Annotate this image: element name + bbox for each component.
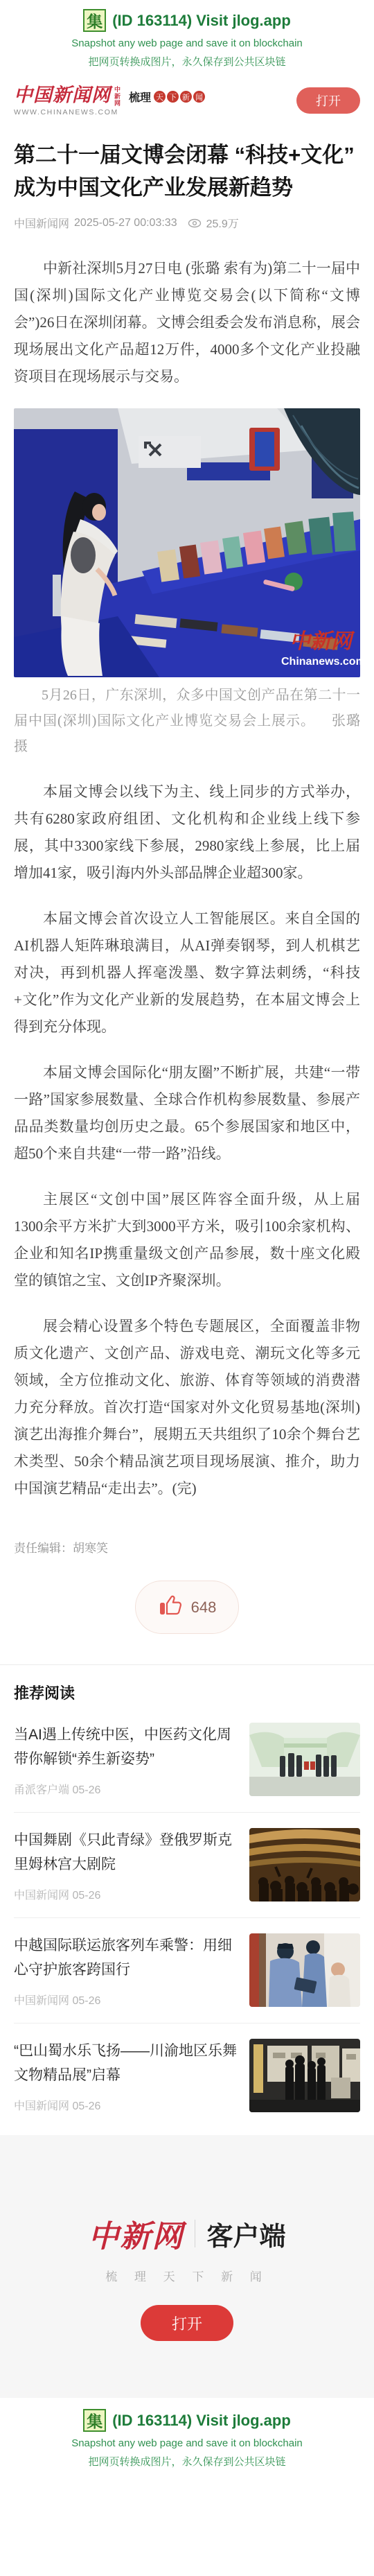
- promo-subtitle-en: Snapshot any web page and save it on blo…: [7, 2436, 367, 2451]
- editor-line: 责任编辑：胡寒笑: [14, 1538, 360, 1556]
- recommend-source: 中国新闻网 05-26: [14, 1877, 240, 1902]
- recommend-source: 甬派客户端 05-26: [14, 1771, 240, 1797]
- recommend-item-1[interactable]: 当AI遇上传统中医，中医药文化周带你解锁“养生新姿势” 甬派客户端 05-26: [14, 1707, 360, 1813]
- app-download-banner: 中新网 客户端 梳 理 天 下 新 闻 打开: [0, 2135, 374, 2398]
- article-source: 中国新闻网: [14, 215, 69, 231]
- promo-link[interactable]: 集 (ID 163114) Visit jlog.app: [83, 9, 291, 32]
- slogan-char-0: 天: [154, 91, 166, 103]
- promo-id-line: (ID 163114) Visit jlog.app: [112, 2412, 291, 2430]
- recommend-thumbnail-ceremony: [249, 1723, 360, 1796]
- app-logo-wordmark: 中新网: [88, 2211, 184, 2256]
- app-client-label: 客户端: [206, 2215, 285, 2253]
- paragraph: 本届文博会国际化“朋友圈”不断扩展，共建“一带一路”国家参展数量、全球合作机构参…: [14, 1059, 360, 1167]
- photo-watermark-en: Chinanews.com: [281, 656, 360, 668]
- recommend-title: 中越国际联运旅客列车乘警：用细心守护旅客跨国行: [14, 1933, 240, 1982]
- like-count: 648: [191, 1599, 217, 1617]
- header-slogan: 梳理 天 下 新 闻: [129, 89, 205, 105]
- promo-subtitle-en: Snapshot any web page and save it on blo…: [7, 36, 367, 51]
- like-button[interactable]: 648: [135, 1581, 240, 1634]
- thumbs-up-icon: [158, 1593, 183, 1621]
- photo-watermark-zh: 中新网: [290, 630, 355, 653]
- logo-side-text: 中新网: [114, 85, 121, 107]
- recommend-item-4[interactable]: “巴山蜀水乐飞扬——川渝地区乐舞文物精品展”启幕 中国新闻网 05-26: [14, 2024, 360, 2128]
- recommend-title: “巴山蜀水乐飞扬——川渝地区乐舞文物精品展”启幕: [14, 2039, 240, 2087]
- recommend-source: 中国新闻网 05-26: [14, 1982, 240, 2008]
- paragraph: 展会精心设置多个特色专题展区，全面覆盖非物质文化遗产、文创产品、游戏电竞、潮玩文…: [14, 1313, 360, 1502]
- logo-url: WWW.CHINANEWS.COM: [14, 108, 121, 116]
- article-meta: 中国新闻网 2025-05-27 00:03:33 25.9万: [0, 204, 374, 231]
- logo-wordmark: 中国新闻网: [14, 85, 111, 105]
- open-app-button-header[interactable]: 打开: [296, 87, 360, 114]
- eye-icon: [188, 218, 202, 228]
- recommend-title: 中国舞剧《只此青绿》登俄罗斯克里姆林宫大剧院: [14, 1828, 240, 1877]
- slogan-char-2: 新: [180, 91, 192, 103]
- paragraph: 主展区“文创中国”展区阵容全面升级，从上届1300余平方米扩大到3000平方米，…: [14, 1186, 360, 1294]
- like-section: 648: [0, 1556, 374, 1664]
- open-app-button-footer[interactable]: 打开: [141, 2305, 233, 2341]
- ji-logo-icon: 集: [83, 9, 106, 32]
- photo-caption: 5月26日，广东深圳，众多中国文创产品在第二十一届中国(深圳)国际文化产业博览交…: [14, 683, 360, 760]
- recommend-section: 推荐阅读 当AI遇上传统中医，中医药文化周带你解锁“养生新姿势” 甬派客户端 0…: [0, 1665, 374, 2128]
- promo-subtitle-zh: 把网页转换成图片，永久保存到公共区块链: [7, 55, 367, 69]
- recommend-thumbnail-police: [249, 1933, 360, 2007]
- slogan-prefix: 梳理: [129, 89, 151, 105]
- promo-id-line: (ID 163114) Visit jlog.app: [112, 12, 291, 30]
- recommend-source: 中国新闻网 05-26: [14, 2087, 240, 2113]
- chinanews-logo[interactable]: 中国新闻网 中新网 WWW.CHINANEWS.COM: [14, 85, 121, 116]
- article-photo: 中新网 Chinanews.com 5月26日，广东深圳，众多中国文创产品在第二…: [14, 408, 360, 760]
- recommend-heading: 推荐阅读: [14, 1665, 360, 1707]
- promo-link[interactable]: 集 (ID 163114) Visit jlog.app: [83, 2409, 291, 2432]
- recommend-thumbnail-museum: [249, 2039, 360, 2112]
- ji-logo-icon: 集: [83, 2409, 106, 2432]
- site-header: 中国新闻网 中新网 WWW.CHINANEWS.COM 梳理 天 下 新 闻 打…: [0, 78, 374, 122]
- article-body: 中新社深圳5月27日电 (张璐 索有为)第二十一届中国(深圳)国际文化产业博览交…: [0, 231, 374, 1556]
- article-title: 第二十一届文博会闭幕 “科技+文化”成为中国文化产业发展新趋势: [0, 122, 374, 204]
- recommend-item-2[interactable]: 中国舞剧《只此青绿》登俄罗斯克里姆林宫大剧院 中国新闻网 05-26: [14, 1813, 360, 1918]
- app-slogan: 梳 理 天 下 新 闻: [0, 2267, 374, 2284]
- slogan-char-1: 下: [167, 91, 179, 103]
- logo-separator: [195, 2220, 195, 2247]
- paragraph: 本届文博会首次设立人工智能展区。来自全国的AI机器人矩阵琳琅满目，从AI弹奏钢琴…: [14, 905, 360, 1041]
- slogan-char-3: 闻: [193, 91, 205, 103]
- recommend-thumbnail-theater: [249, 1828, 360, 1901]
- blockchain-banner-top: 集 (ID 163114) Visit jlog.app Snapshot an…: [0, 0, 374, 78]
- exhibition-photo-illustration: 中新网 Chinanews.com: [14, 408, 360, 677]
- promo-subtitle-zh: 把网页转换成图片，永久保存到公共区块链: [7, 2455, 367, 2469]
- article-datetime: 2025-05-27 00:03:33: [74, 217, 177, 229]
- view-count: 25.9万: [206, 215, 239, 231]
- blockchain-banner-bottom: 集 (ID 163114) Visit jlog.app Snapshot an…: [0, 2398, 374, 2479]
- app-logo-row: 中新网 客户端: [88, 2211, 285, 2256]
- paragraph: 中新社深圳5月27日电 (张璐 索有为)第二十一届中国(深圳)国际文化产业博览交…: [14, 255, 360, 390]
- paragraph: 本届文博会以线下为主、线上同步的方式举办，共有6280家政府组团、文化机构和企业…: [14, 778, 360, 887]
- page: 集 (ID 163114) Visit jlog.app Snapshot an…: [0, 0, 374, 2479]
- recommend-item-3[interactable]: 中越国际联运旅客列车乘警：用细心守护旅客跨国行 中国新闻网 05-26: [14, 1918, 360, 2024]
- recommend-title: 当AI遇上传统中医，中医药文化周带你解锁“养生新姿势”: [14, 1723, 240, 1771]
